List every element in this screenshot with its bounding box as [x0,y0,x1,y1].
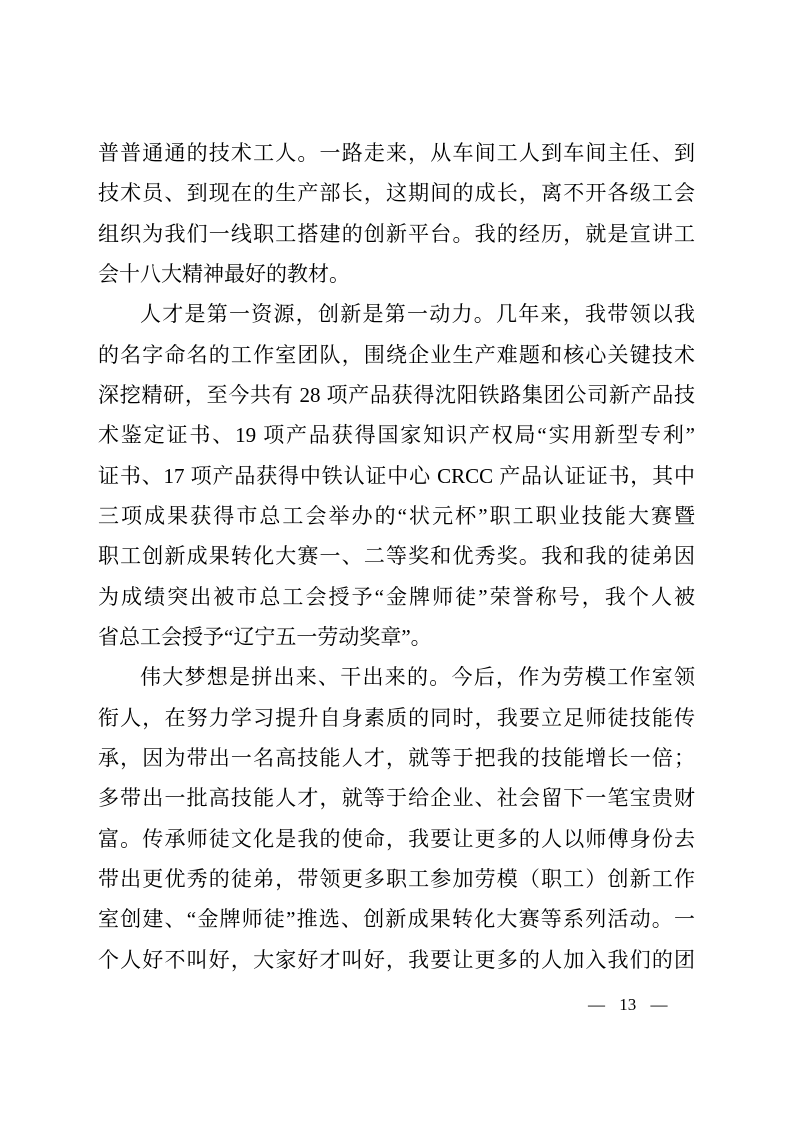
text-line: 伟大梦想是拼出来、干出来的。今后，作为劳模工作室领 [98,657,695,697]
text-line: 深挖精研，至今共有 28 项产品获得沈阳铁路集团公司新产品技 [98,375,695,415]
text-line: 承，因为带出一名高技能人才，就等于把我的技能增长一倍； [98,738,695,778]
text-line: 室创建、“金牌师徒”推选、创新成果转化大赛等系列活动。一 [98,899,695,939]
text-line: 个人好不叫好，大家好才叫好，我要让更多的人加入我们的团 [98,940,695,980]
text-line: 职工创新成果转化大赛一、二等奖和优秀奖。我和我的徒弟因 [98,536,695,576]
text-line: 为成绩突出被市总工会授予“金牌师徒”荣誉称号，我个人被 [98,577,695,617]
text-line: 三项成果获得市总工会举办的“状元杯”职工职业技能大赛暨 [98,496,695,536]
text-line: 证书、17 项产品获得中铁认证中心 CRCC 产品认证证书，其中 [98,456,695,496]
document-page: 普普通通的技术工人。一路走来，从车间工人到车间主任、到 技术员、到现在的生产部长… [0,0,794,1123]
page-number: — 13 — [588,995,668,1015]
document-body: 普普通通的技术工人。一路走来，从车间工人到车间主任、到 技术员、到现在的生产部长… [98,133,695,980]
text-line: 技术员、到现在的生产部长，这期间的成长，离不开各级工会 [98,173,695,213]
text-line: 省总工会授予“辽宁五一劳动奖章”。 [98,617,695,657]
text-line: 富。传承师徒文化是我的使命，我要让更多的人以师傅身份去 [98,819,695,859]
text-line: 人才是第一资源，创新是第一动力。几年来，我带领以我 [98,294,695,334]
text-line: 衔人，在努力学习提升自身素质的同时，我要立足师徒技能传 [98,698,695,738]
text-line: 多带出一批高技能人才，就等于给企业、社会留下一笔宝贵财 [98,778,695,818]
text-line: 普普通通的技术工人。一路走来，从车间工人到车间主任、到 [98,133,695,173]
text-line: 的名字命名的工作室团队，围绕企业生产难题和核心关键技术 [98,335,695,375]
text-line: 术鉴定证书、19 项产品获得国家知识产权局“实用新型专利” [98,415,695,455]
text-line: 带出更优秀的徒弟，带领更多职工参加劳模（职工）创新工作 [98,859,695,899]
text-line: 组织为我们一线职工搭建的创新平台。我的经历，就是宣讲工 [98,214,695,254]
text-line: 会十八大精神最好的教材。 [98,254,695,294]
